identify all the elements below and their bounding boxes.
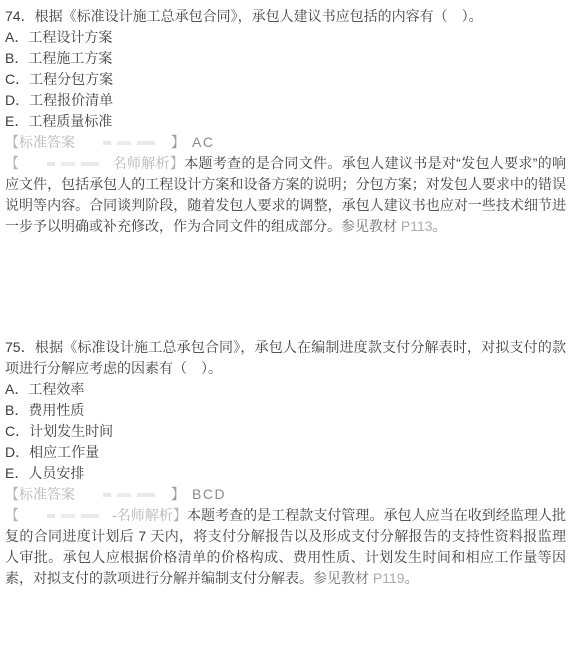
answer-value: AC [192,134,214,150]
question-74-text: 74．根据《标准设计施工总承包合同》，承包人建议书应包括的内容有（ ）。 [5,6,566,27]
question-75-analysis-paragraph: 【-名师解析】本题考查的是工程款支付管理。承包人应当在收到经监理人批复的合同进度… [5,505,566,589]
standard-answer-label: 【标准答案 [5,486,75,502]
question-75-option-e: E．人员安排 [5,463,566,484]
erased-watermark-gap [19,159,112,168]
textbook-reference: 参见教材 [341,218,401,234]
erased-watermark-gap [75,490,171,499]
question-74-option-c: C．工程分包方案 [5,69,566,90]
page-reference: P113 [401,218,433,234]
sentence-period: 。 [433,218,447,234]
closing-bracket: 】 [171,134,185,150]
erased-watermark-gap [75,138,171,147]
question-74-block: 74．根据《标准设计施工总承包合同》，承包人建议书应包括的内容有（ ）。 A．工… [5,6,566,237]
document-page: 74．根据《标准设计施工总承包合同》，承包人建议书应包括的内容有（ ）。 A．工… [0,0,570,666]
textbook-reference: 参见教材 [313,570,373,586]
question-75-option-d: D．相应工作量 [5,442,566,463]
question-74-option-a: A．工程设计方案 [5,27,566,48]
question-75-option-b: B．费用性质 [5,400,566,421]
question-75-standard-answer-line: 【标准答案】BCD [5,484,566,505]
standard-answer-label: 【标准答案 [5,134,75,150]
opening-bracket: 【 [5,507,19,523]
analysis-label: -名师解析】 [112,507,187,523]
question-75-option-a: A．工程效率 [5,379,566,400]
question-75-text: 75．根据《标准设计施工总承包合同》，承包人在编制进度款支付分解表时，对拟支付的… [5,337,566,379]
analysis-label: 名师解析】 [112,155,184,171]
question-74-standard-answer-line: 【标准答案】AC [5,132,566,153]
page-reference: P119 [373,570,405,586]
answer-value: BCD [192,486,226,502]
closing-bracket: 】 [171,486,185,502]
opening-bracket: 【 [5,155,19,171]
blank-gap [5,237,566,337]
question-75-block: 75．根据《标准设计施工总承包合同》，承包人在编制进度款支付分解表时，对拟支付的… [5,337,566,589]
question-75-option-c: C．计划发生时间 [5,421,566,442]
question-74-option-e: E．工程质量标准 [5,111,566,132]
question-74-option-d: D．工程报价清单 [5,90,566,111]
question-74-option-b: B．工程施工方案 [5,48,566,69]
sentence-period: 。 [405,570,419,586]
question-74-analysis-paragraph: 【名师解析】本题考查的是合同文件。承包人建议书是对“发包人要求”的响应文件，包括… [5,153,566,237]
erased-watermark-gap [19,511,112,520]
